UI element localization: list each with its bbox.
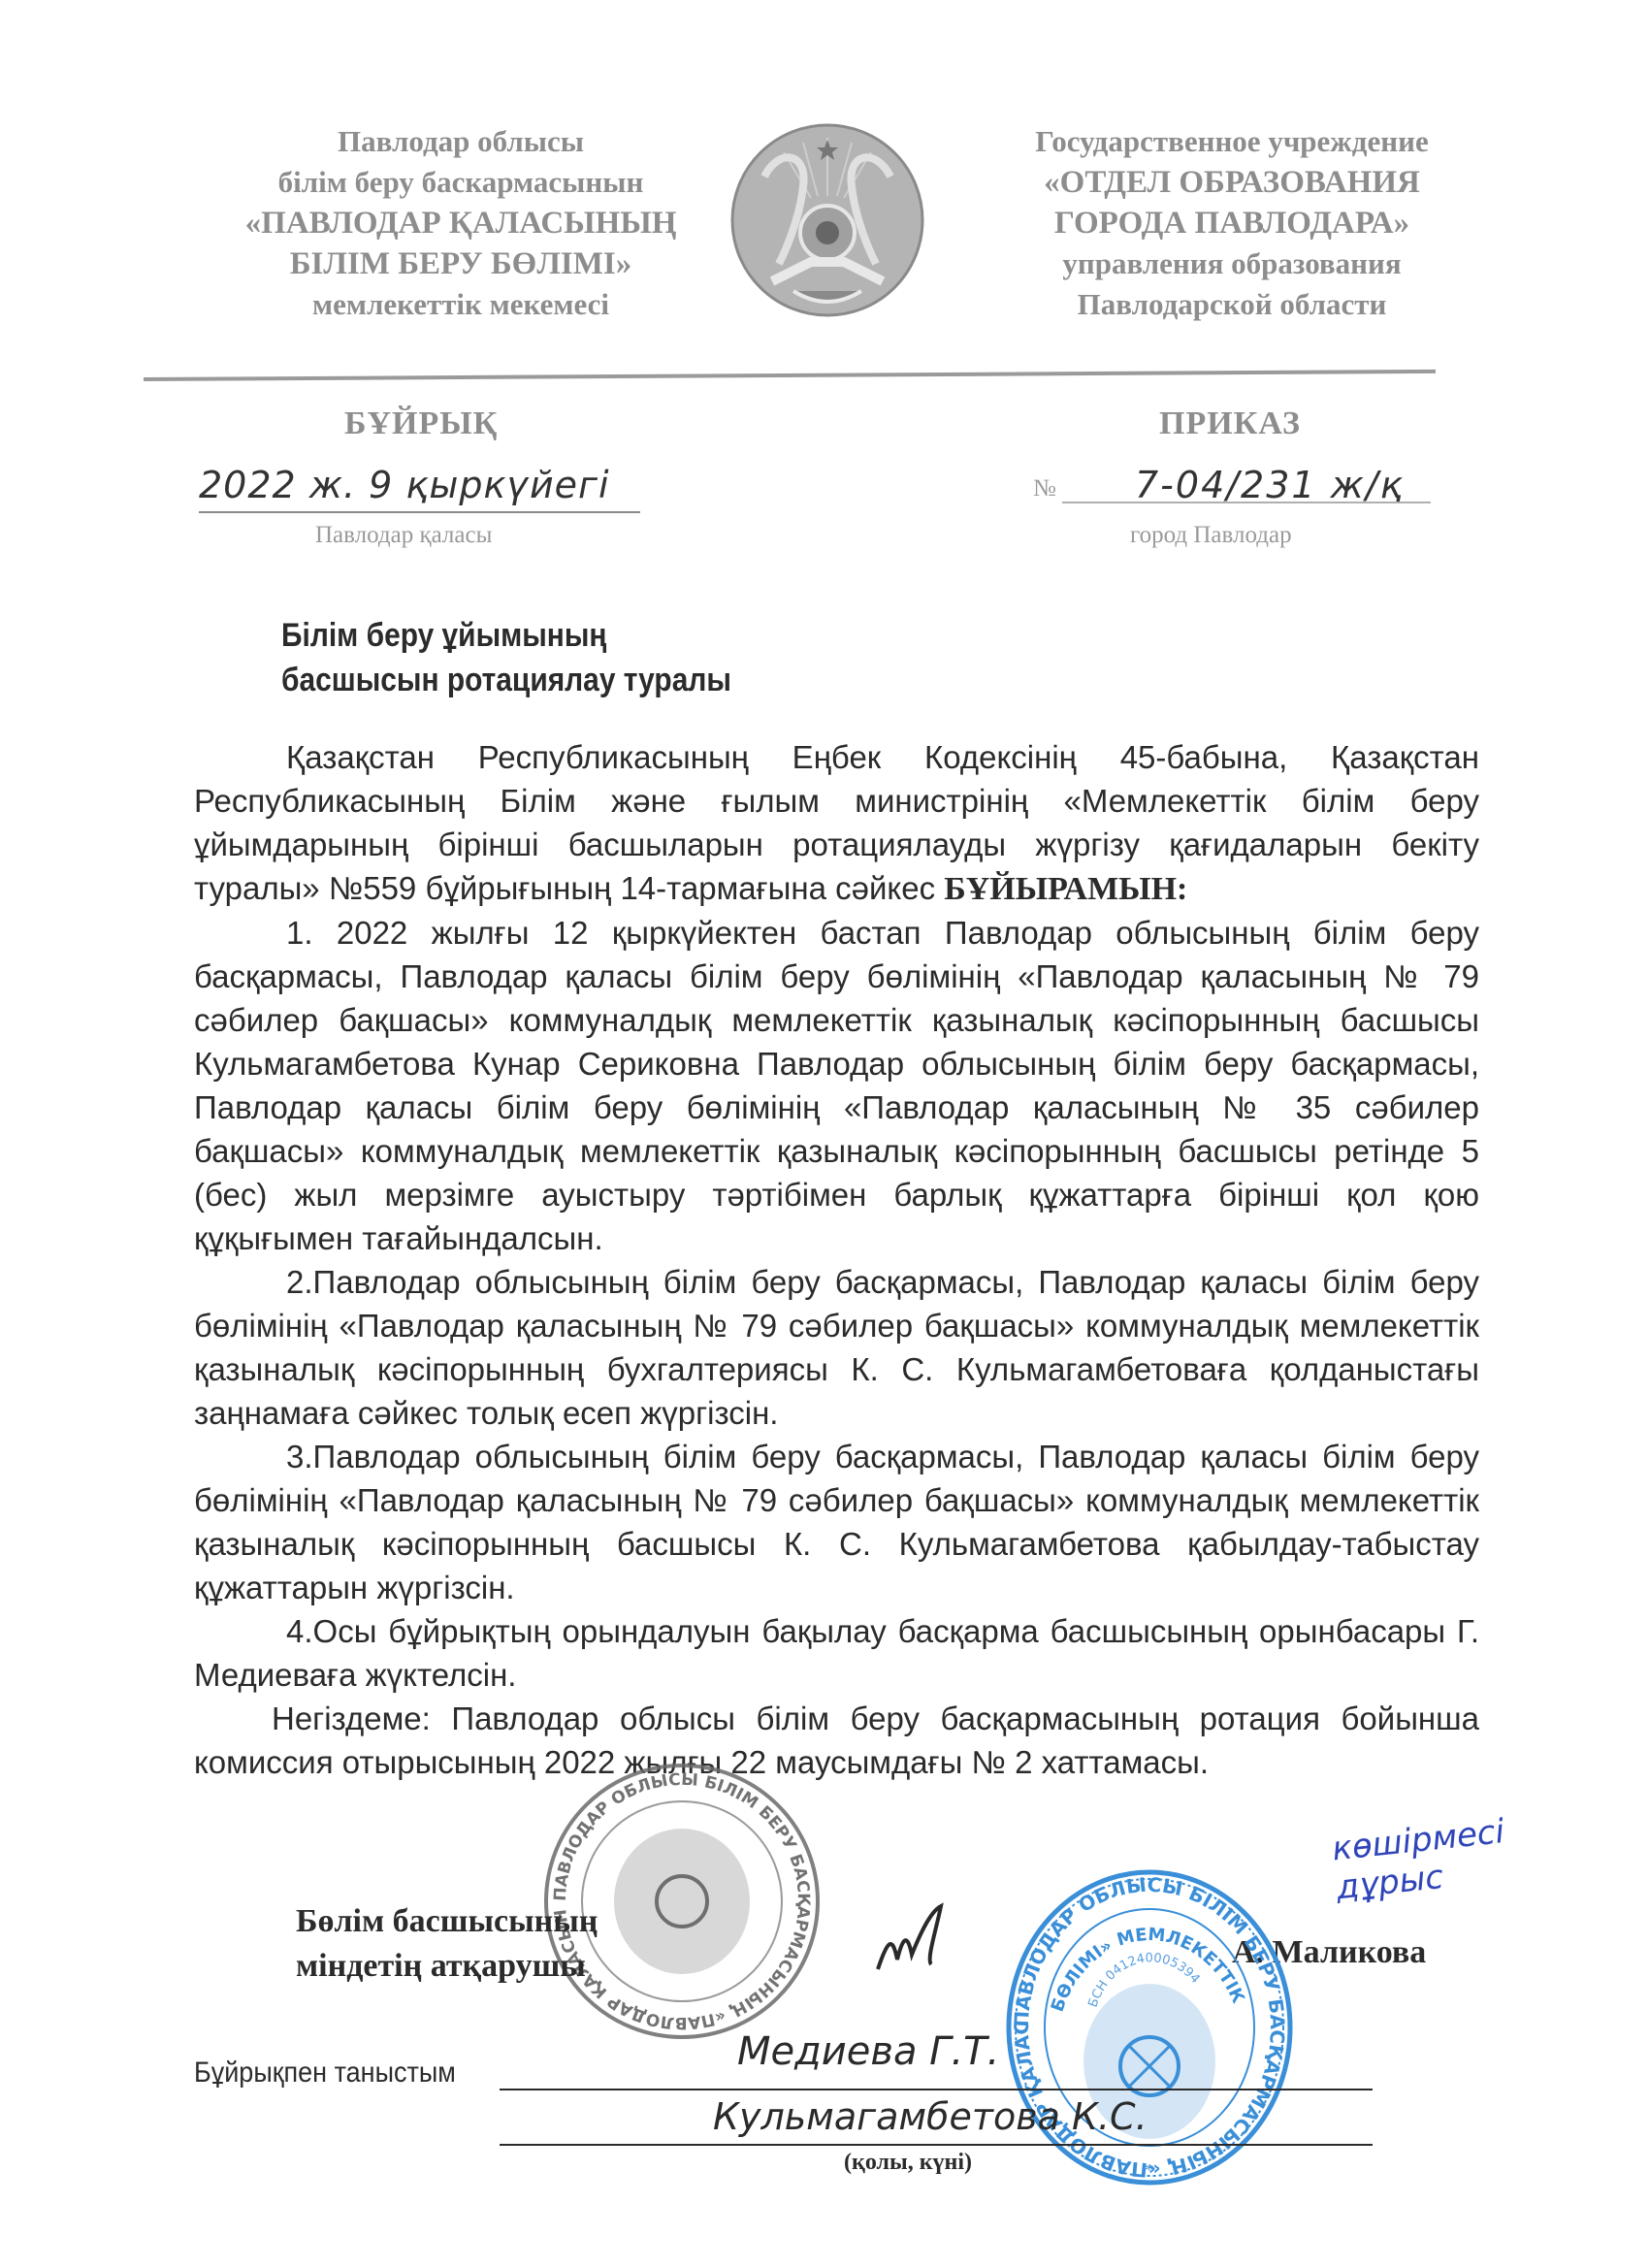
signature-hint: (қолы, күні) [844,2150,972,2176]
order-type-kk: БҰЙРЫҚ [344,405,498,442]
order-number-label: № [1033,475,1056,502]
signatory-title-line1: Бөлім басшысының [296,1899,598,1944]
order-place-ru: город Павлодар [1130,522,1292,549]
acquainted-signature-1: Медиева Г.Т. [737,2029,999,2074]
order-place-kk: Павлодар қаласы [315,522,492,549]
header-right-line4: управления образования [999,243,1465,284]
header-left-line1: Павлодар облысы [233,121,689,162]
signature-line-1 [500,2089,1373,2090]
state-emblem-icon [726,118,929,322]
basis-paragraph: Негіздеме: Павлодар облысы білім беру ба… [194,1697,1479,1784]
header-left-line5: мемлекеттік мекемесі [233,284,689,325]
acquainted-signature-2: Кульмагамбетова К.С. [713,2095,1148,2138]
director-signature-handwritten [873,1901,960,1979]
acquainted-label: Бұйрықпен таныстым [194,2057,456,2090]
date-underline [199,511,640,513]
certified-copy-annotation: көшірмесі дұрыс [1330,1808,1550,1908]
signature-line-2 [500,2144,1373,2146]
preamble-text: Қазақстан Республикасының Еңбек Кодексін… [194,739,1479,906]
number-underline [1062,502,1431,503]
header-divider [144,370,1436,381]
order-number-handwritten: 7-04/231 ж/қ [1135,464,1405,506]
header-right-line5: Павлодарской области [999,284,1465,325]
order-item-2: 2.Павлодар облысының білім беру басқарма… [194,1260,1479,1435]
header-left-line2: білім беру баскармасынын [233,162,689,203]
header-right-line2: «ОТДЕЛ ОБРАЗОВАНИЯ [999,162,1465,203]
subject-line2: басшысын ротациялау туралы [281,658,879,702]
header-left-line3: «ПАВЛОДАР ҚАЛАСЫНЫҢ [233,203,689,243]
signatory-title: Бөлім басшысының міндетің атқарушы [296,1899,598,1989]
preamble-paragraph: Қазақстан Республикасының Еңбек Кодексін… [194,735,1479,911]
header-left-line4: БІЛІМ БЕРУ БӨЛІМІ» [233,243,689,284]
header-left-institution-kk: Павлодар облысы білім беру баскармасынын… [233,121,689,325]
svg-text:*: * [1146,2160,1154,2180]
order-subject: Білім беру ұйымының басшысын ротациялау … [281,613,960,702]
order-item-4: 4.Осы бұйрықтың орындалуын бақылау басқа… [194,1609,1479,1697]
order-item-1: 1. 2022 жылғы 12 қыркүйектен бастап Павл… [194,911,1479,1260]
order-type-ru: ПРИКАЗ [1159,405,1301,442]
header-right-institution-ru: Государственное учреждение «ОТДЕЛ ОБРАЗО… [999,121,1465,325]
order-date-handwritten: 2022 ж. 9 қыркүйегі [199,464,610,506]
signatory-title-line2: міндетің атқарушы [296,1944,598,1989]
order-body: Қазақстан Республикасының Еңбек Кодексін… [194,735,1479,1784]
order-word: БҰЙЫРАМЫН: [944,871,1187,907]
order-item-3: 3.Павлодар облысының білім беру басқарма… [194,1435,1479,1609]
subject-line1: Білім беру ұйымының [281,613,879,658]
header-right-line1: Государственное учреждение [999,121,1465,162]
blue-official-seal: ПАВЛОДАР ОБЛЫСЫ БІЛІМ БЕРУ БАСҚАРМАСЫНЫҢ… [1004,1867,1295,2187]
header-right-line3: ГОРОДА ПАВЛОДАРА» [999,203,1465,243]
